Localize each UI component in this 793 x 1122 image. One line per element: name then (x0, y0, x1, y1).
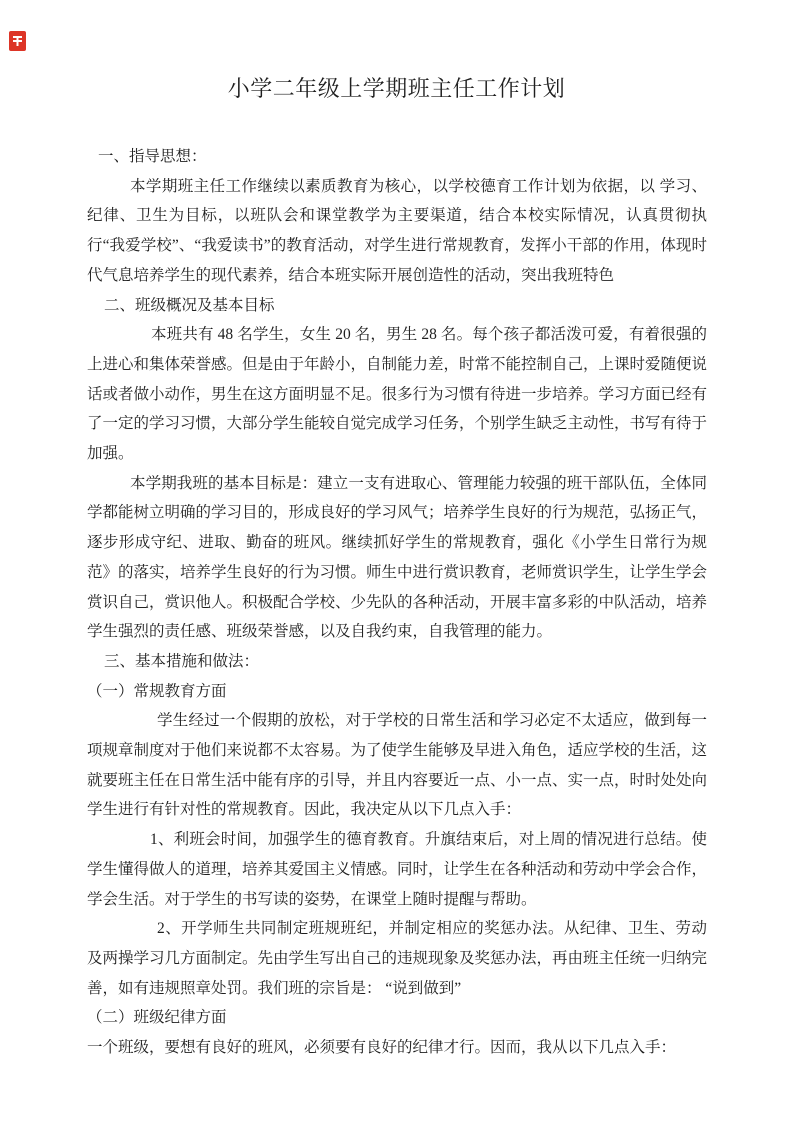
page-title: 小学二年级上学期班主任工作计划 (0, 0, 793, 102)
red-logo-icon (9, 31, 26, 51)
paragraph-basic-goals: 本学期我班的基本目标是：建立一支有进取心、管理能力较强的班干部队伍，全体同学都能… (87, 469, 707, 647)
section-heading-2: 二、班级概况及基本目标 (87, 291, 707, 321)
document-page: 小学二年级上学期班主任工作计划 一、指导思想：本学期班主任工作继续以素质教育为核… (0, 0, 793, 1122)
document-body: 一、指导思想：本学期班主任工作继续以素质教育为核心，以学校德育工作计划为依据，以… (87, 142, 707, 1063)
paragraph-class-discipline: 一个班级，要想有良好的班风，必须要有良好的纪律才行。因而，我从以下几点入手： (87, 1033, 707, 1063)
subsection-heading-2: （二）班级纪律方面 (87, 1003, 707, 1033)
paragraph-point-1: 1、利班会时间，加强学生的德育教育。升旗结束后，对上周的情况进行总结。使学生懂得… (87, 825, 707, 914)
paragraph-class-overview: 本班共有 48 名学生，女生 20 名，男生 28 名。每个孩子都活泼可爱，有着… (87, 320, 707, 469)
paragraph-point-2: 2、开学师生共同制定班规班纪，并制定相应的奖惩办法。从纪律、卫生、劳动及两操学习… (87, 914, 707, 1003)
section-heading-1: 一、指导思想： (87, 142, 707, 172)
paragraph-guiding-ideology: 本学期班主任工作继续以素质教育为核心，以学校德育工作计划为依据，以 学习、纪律、… (87, 172, 707, 291)
section-heading-3: 三、基本措施和做法： (87, 647, 707, 677)
paragraph-regular-education: 学生经过一个假期的放松，对于学校的日常生活和学习必定不太适应，做到每一项规章制度… (87, 706, 707, 825)
subsection-heading-1: （一）常规教育方面 (87, 677, 707, 707)
